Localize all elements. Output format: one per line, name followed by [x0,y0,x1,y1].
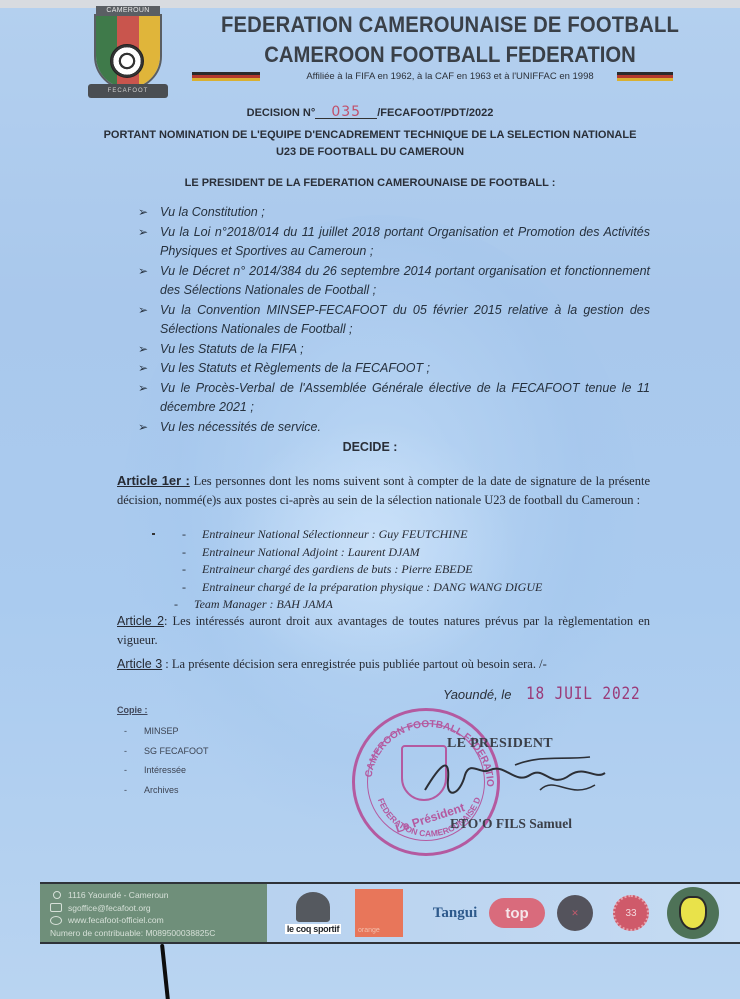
arrow-bullet-icon: ➢ [138,418,148,438]
mail-icon [50,903,62,912]
orange-logo: orange [355,889,403,937]
tangui-logo: Tangui [425,905,485,922]
lion-face-icon [679,896,707,930]
staff-item: -Entraineur chargé des gardiens de buts … [172,561,652,579]
sponsor-logos: le coq sportif orange Tangui top ✕ 33 [267,884,740,942]
staff-item: -Entraineur National Adjoint : Laurent D… [172,544,652,562]
map-pin-icon [50,891,62,900]
considerations-list: ➢Vu la Constitution ; ➢Vu la Loi n°2018/… [138,203,650,437]
arrow-bullet-icon: ➢ [138,223,148,243]
arrow-bullet-icon: ➢ [138,340,148,360]
letterhead-title-fr: FEDERATION CAMEROUNAISE DE FOOTBALL [211,12,689,38]
article-2-text: : Les intéressés auront droit aux avanta… [117,614,650,647]
article-3-label: Article 3 [117,657,162,671]
top-logo: top [489,898,545,928]
consideration-item: ➢Vu les Statuts et Règlements de la FECA… [138,359,650,379]
consideration-item: ➢Vu la Loi n°2018/014 du 11 juillet 2018… [138,223,650,262]
flag-stripe-right [617,72,673,81]
football-icon [110,44,144,78]
consideration-item: ➢Vu les nécessités de service. [138,418,650,438]
crest-ribbon: FECAFOOT [88,84,168,98]
consideration-item: ➢Vu les Statuts de la FIFA ; [138,340,650,360]
contact-block: 1116 Yaoundé - Cameroun sgoffice@fecafoo… [40,884,267,942]
stray-mark [152,533,155,535]
fecafoot-crest-logo: CAMEROUN FECAFOOT [88,6,168,98]
sponsor-33-logo: 33 [613,895,649,931]
contact-website: www.fecafoot-officiel.com [50,914,267,927]
arrow-bullet-icon: ➢ [138,301,148,321]
consideration-item: ➢Vu la Constitution ; [138,203,650,223]
copies-list: -MINSEP -SG FECAFOOT -Intéressée -Archiv… [124,722,209,800]
pen-mark [160,944,170,999]
letterhead-title-en: CAMEROON FOOTBALL FEDERATION [211,42,689,68]
arrow-bullet-icon: ➢ [138,379,148,399]
arrow-bullet-icon: ➢ [138,359,148,379]
globe-icon [50,916,62,925]
copies-heading: Copie : [117,705,148,715]
contact-address: 1116 Yaoundé - Cameroun [50,889,267,902]
president-heading: LE PRESIDENT DE LA FEDERATION CAMEROUNAI… [0,177,740,189]
flag-stripe-left [192,72,260,81]
arrow-bullet-icon: ➢ [138,203,148,223]
article-2: Article 2: Les intéressés auront droit a… [117,612,650,650]
article-3: Article 3 : La présente décision sera en… [117,655,650,674]
letterhead-footer: 1116 Yaoundé - Cameroun sgoffice@fecafoo… [40,882,740,944]
decision-number-handwritten: 035 [315,106,377,119]
contact-tax-number: Numero de contribuable: M089500038825C [50,927,267,940]
rooster-icon [296,892,330,922]
article-1-text: Les personnes dont les noms suivent sont… [117,474,650,507]
date-place: Yaoundé, le [443,687,511,702]
arrow-bullet-icon: ➢ [138,262,148,282]
decision-subtitle: PORTANT NOMINATION DE L'EQUIPE D'ENCADRE… [100,127,640,161]
decision-suffix: /FECAFOOT/PDT/2022 [377,107,493,119]
staff-item: -Entraineur National Sélectionneur : Guy… [172,526,652,544]
article-1: Article 1er : Les personnes dont les nom… [117,471,650,510]
consideration-item: ➢Vu la Convention MINSEP-FECAFOOT du 05 … [138,301,650,340]
decision-number-line: DECISION N°035/FECAFOOT/PDT/2022 [0,106,740,119]
article-1-label: Article 1er : [117,473,190,488]
date-stamp: 18 JUIL 2022 [526,684,641,704]
copy-recipient: -MINSEP [124,722,209,742]
copy-recipient: -SG FECAFOOT [124,742,209,762]
signatory-name: ETO'O FILS Samuel [450,816,572,832]
decision-prefix: DECISION N° [247,107,316,119]
sponsor-circle-logo: ✕ [557,895,593,931]
consideration-item: ➢Vu le Procès-Verbal de l'Assemblée Géné… [138,379,650,418]
article-3-text: : La présente décision sera enregistrée … [165,657,546,671]
copy-recipient: -Archives [124,781,209,801]
le-coq-sportif-logo: le coq sportif [279,886,347,940]
staff-list: -Entraineur National Sélectionneur : Guy… [172,526,652,614]
affiliation-line: Affiliée à la FIFA en 1962, à la CAF en … [285,71,615,82]
date-line: Yaoundé, le 18 JUIL 2022 [443,684,661,704]
consideration-item: ➢Vu le Décret n° 2014/384 du 26 septembr… [138,262,650,301]
handwritten-signature [420,745,610,805]
lion-emblem-logo [667,887,719,939]
contact-email: sgoffice@fecafoot.org [50,902,267,915]
staff-item: -Entraineur chargé de la préparation phy… [172,579,652,597]
article-2-label: Article 2 [117,614,164,628]
decide-heading: DECIDE : [0,440,740,454]
staff-item: -Team Manager : BAH JAMA [164,596,652,614]
copy-recipient: -Intéressée [124,761,209,781]
